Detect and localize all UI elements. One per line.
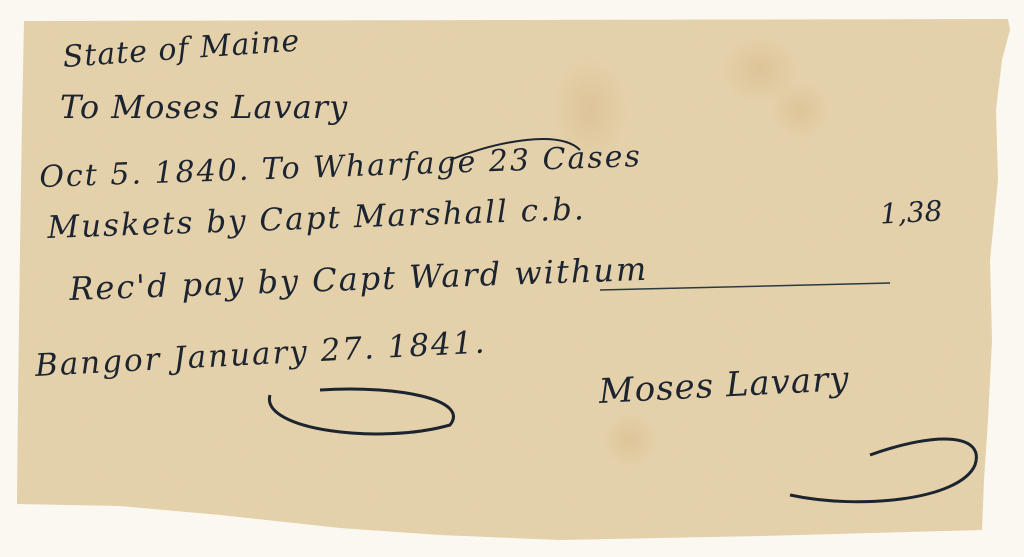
- document-page: State of Maine To Moses Lavary Oct 5. 18…: [0, 0, 1024, 557]
- payee-line: To Moses Lavary: [60, 88, 348, 126]
- amount: 1,38: [879, 194, 943, 230]
